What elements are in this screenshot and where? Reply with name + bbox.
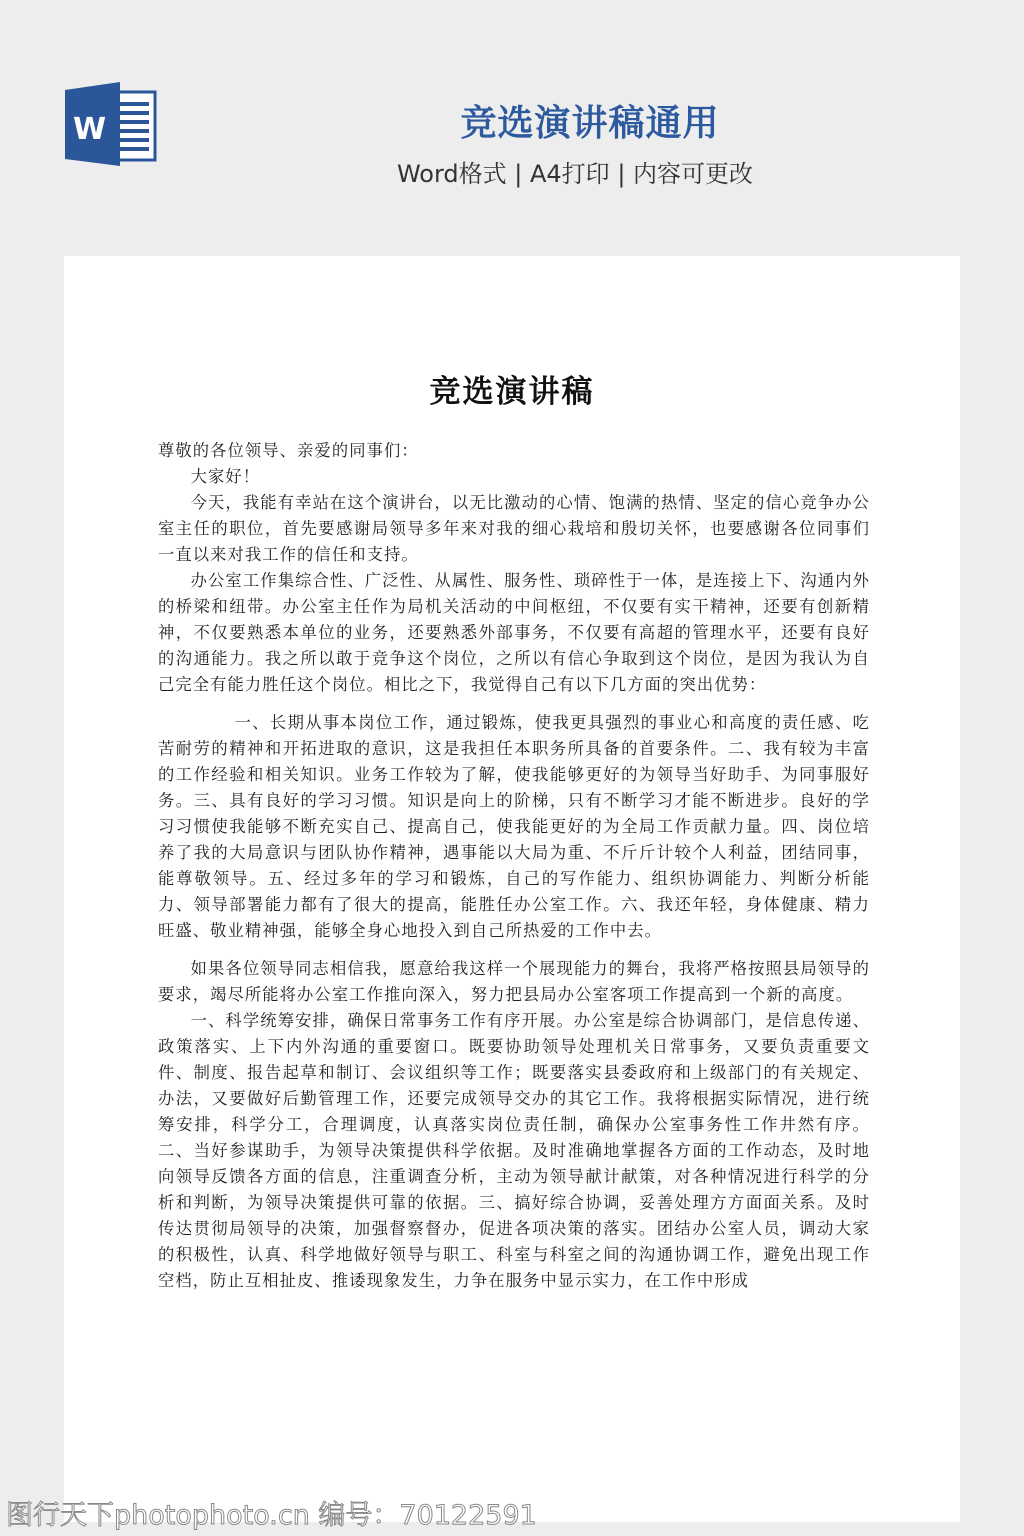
paragraph-commitment: 如果各位领导同志相信我，愿意给我这样一个展现能力的舞台，我将严格按照县局领导的要…	[158, 956, 870, 1008]
document-body: 尊敬的各位领导、亲爱的同事们： 大家好！ 今天，我能有幸站在这个演讲台，以无比激…	[158, 438, 870, 1294]
paragraph-gap	[158, 944, 870, 956]
paragraph-advantages: 一、长期从事本岗位工作，通过锻炼，使我更具强烈的事业心和高度的责任感、吃苦耐劳的…	[158, 710, 870, 944]
paragraph-plans: 一、科学统筹安排，确保日常事务工作有序开展。办公室是综合协调部门，是信息传递、政…	[158, 1008, 870, 1294]
document-page: 竞选演讲稿 尊敬的各位领导、亲爱的同事们： 大家好！ 今天，我能有幸站在这个演讲…	[64, 256, 960, 1522]
document-title: 竞选演讲稿	[64, 366, 960, 411]
watermark-text: 图行天下photophoto.cn 编号：70122591	[6, 1493, 537, 1532]
word-document-icon: W	[65, 82, 157, 166]
greeting: 大家好！	[158, 464, 870, 490]
banner-header: W 竞选演讲稿通用 Word格式 | A4打印 | 内容可更改	[0, 0, 1024, 256]
paragraph-gap	[158, 698, 870, 710]
svg-text:W: W	[73, 112, 106, 147]
paragraph-office-role: 办公室工作集综合性、广泛性、从属性、服务性、琐碎性于一体，是连接上下、沟通内外的…	[158, 568, 870, 698]
banner-title: 竞选演讲稿通用	[330, 95, 850, 146]
salutation: 尊敬的各位领导、亲爱的同事们：	[158, 438, 870, 464]
banner-subtitle: Word格式 | A4打印 | 内容可更改	[330, 154, 820, 189]
paragraph-intro: 今天，我能有幸站在这个演讲台，以无比激动的心情、饱满的热情、坚定的信心竞争办公室…	[158, 490, 870, 568]
